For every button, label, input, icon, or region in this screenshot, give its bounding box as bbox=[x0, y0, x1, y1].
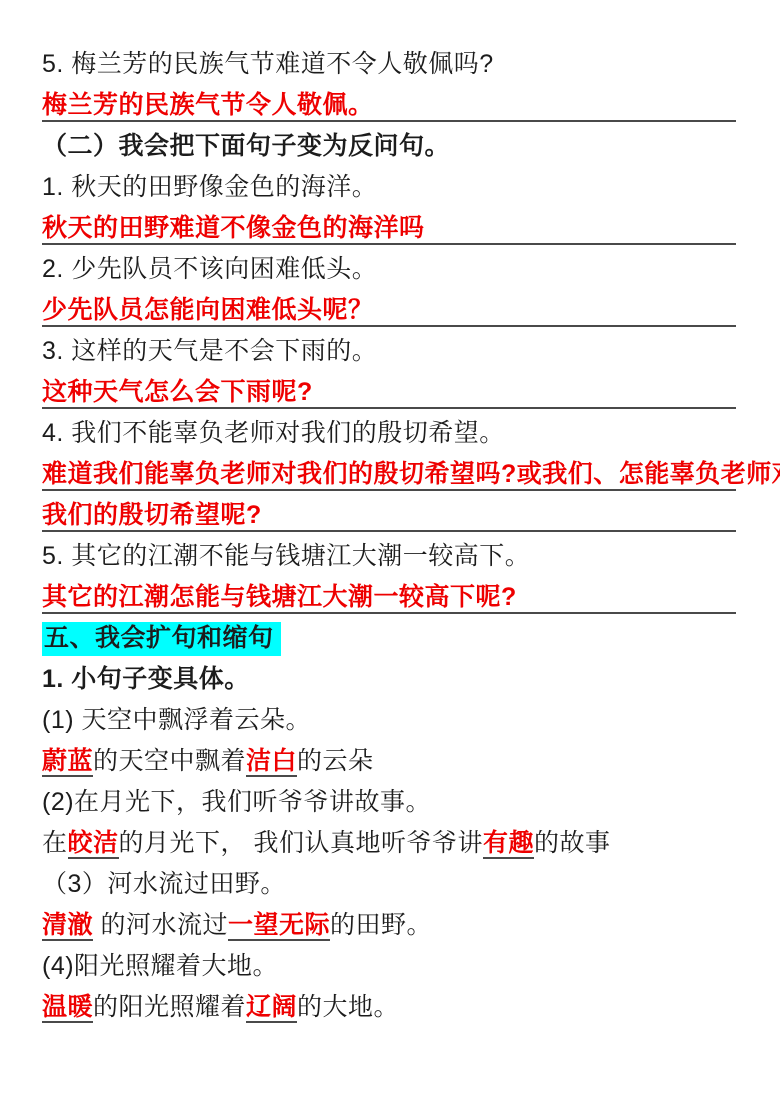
subsection-heading: 1. 小句子变具体。 bbox=[42, 659, 736, 700]
answer-text: 皎洁 bbox=[68, 829, 119, 859]
answer-text: 这种天气怎么会下雨呢? bbox=[42, 378, 313, 406]
answer-text: 辽阔 bbox=[246, 993, 297, 1023]
answer-line: 清澈 的河水流过一望无际的田野。 bbox=[42, 905, 736, 946]
question-line: 1. 秋天的田野像金色的海洋。 bbox=[42, 167, 736, 208]
question-text: 的田野。 bbox=[330, 911, 432, 939]
answer-text: 我们的殷切希望呢? bbox=[42, 501, 262, 529]
question-text: 在 bbox=[42, 829, 68, 857]
answer-line: 温暖的阳光照耀着辽阔的大地。 bbox=[42, 987, 736, 1028]
question-line: 3. 这样的天气是不会下雨的。 bbox=[42, 331, 736, 372]
question-text: 五、我会扩句和缩句 bbox=[44, 624, 274, 652]
question-text: 的云朵 bbox=[297, 747, 374, 775]
question-line: (1) 天空中飘浮着云朵。 bbox=[42, 700, 736, 741]
question-text: 2. 少先队员不该向困难低头。 bbox=[42, 255, 377, 283]
question-text: (4)阳光照耀着大地。 bbox=[42, 952, 278, 980]
section-heading-highlighted: 五、我会扩句和缩句 bbox=[42, 618, 736, 659]
question-text: 的故事 bbox=[534, 829, 611, 857]
question-line: （3）河水流过田野。 bbox=[42, 864, 736, 905]
answer-line: 少先队员怎能向困难低头呢？ bbox=[42, 290, 736, 331]
question-line: 5. 梅兰芳的民族气节难道不令人敬佩吗? bbox=[42, 44, 736, 85]
question-line: (4)阳光照耀着大地。 bbox=[42, 946, 736, 987]
question-text: （3）河水流过田野。 bbox=[42, 870, 286, 898]
question-line: 5. 其它的江潮不能与钱塘江大潮一较高下。 bbox=[42, 536, 736, 577]
answer-line: 在皎洁的月光下， 我们认真地听爷爷讲有趣的故事 bbox=[42, 823, 736, 864]
answer-line: 蔚蓝的天空中飘着洁白的云朵 bbox=[42, 741, 736, 782]
answer-text: 难道我们能辜负老师对我们的殷切希望吗?或我们、怎能辜负老师对 bbox=[42, 460, 780, 488]
question-text: 5. 其它的江潮不能与钱塘江大潮一较高下。 bbox=[42, 542, 530, 570]
answer-text: 洁白 bbox=[246, 747, 297, 777]
answer-text: 清澈 bbox=[42, 911, 93, 941]
answer-text: 一望无际 bbox=[228, 911, 330, 941]
question-text: (1) 天空中飘浮着云朵。 bbox=[42, 706, 311, 734]
answer-line: 难道我们能辜负老师对我们的殷切希望吗?或我们、怎能辜负老师对 bbox=[42, 454, 736, 495]
question-text: 5. 梅兰芳的民族气节难道不令人敬佩吗? bbox=[42, 50, 494, 78]
answer-text: 蔚蓝 bbox=[42, 747, 93, 777]
answer-text: 少先队员怎能向困难低头呢？ bbox=[42, 296, 374, 324]
question-text: 1. 小句子变具体。 bbox=[42, 665, 250, 693]
answer-line: 梅兰芳的民族气节令人敬佩。 bbox=[42, 85, 736, 126]
question-text: 1. 秋天的田野像金色的海洋。 bbox=[42, 173, 377, 201]
highlight-marker: 五、我会扩句和缩句 bbox=[42, 622, 281, 656]
answer-line: 其它的江潮怎能与钱塘江大潮一较高下呢? bbox=[42, 577, 736, 618]
answer-line: 这种天气怎么会下雨呢? bbox=[42, 372, 736, 413]
question-text: （二）我会把下面句子变为反问句。 bbox=[42, 132, 450, 160]
answer-line: 我们的殷切希望呢? bbox=[42, 495, 736, 536]
answer-text: 有趣 bbox=[483, 829, 534, 859]
question-text: 的天空中飘着 bbox=[93, 747, 246, 775]
answer-text: 其它的江潮怎能与钱塘江大潮一较高下呢? bbox=[42, 583, 517, 611]
question-line: 2. 少先队员不该向困难低头。 bbox=[42, 249, 736, 290]
question-text: 的阳光照耀着 bbox=[93, 993, 246, 1021]
question-text: 的河水流过 bbox=[93, 911, 228, 939]
section-heading: （二）我会把下面句子变为反问句。 bbox=[42, 126, 736, 167]
worksheet-page: 5. 梅兰芳的民族气节难道不令人敬佩吗?梅兰芳的民族气节令人敬佩。（二）我会把下… bbox=[0, 0, 780, 1103]
answer-text: 秋天的田野难道不像金色的海洋吗 bbox=[42, 214, 425, 242]
question-text: 4. 我们不能辜负老师对我们的殷切希望。 bbox=[42, 419, 505, 447]
question-line: 4. 我们不能辜负老师对我们的殷切希望。 bbox=[42, 413, 736, 454]
answer-text: 梅兰芳的民族气节令人敬佩。 bbox=[42, 91, 374, 119]
question-text: 的月光下， 我们认真地听爷爷讲 bbox=[119, 829, 483, 857]
answer-line: 秋天的田野难道不像金色的海洋吗 bbox=[42, 208, 736, 249]
question-text: (2)在月光下，我们听爷爷讲故事。 bbox=[42, 788, 431, 816]
answer-text: 温暖 bbox=[42, 993, 93, 1023]
question-text: 的大地。 bbox=[297, 993, 399, 1021]
question-line: (2)在月光下，我们听爷爷讲故事。 bbox=[42, 782, 736, 823]
question-text: 3. 这样的天气是不会下雨的。 bbox=[42, 337, 377, 365]
